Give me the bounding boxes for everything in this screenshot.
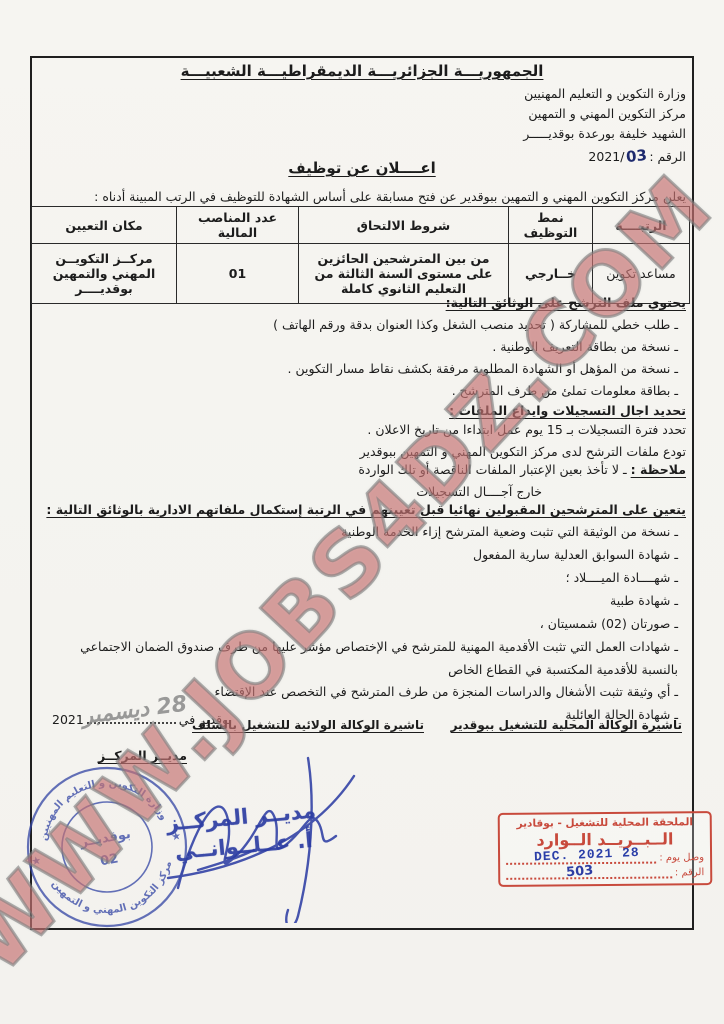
final-item: ـ نسخة من الوثيقة التي تثبت وضعية المترش… (341, 524, 678, 540)
local-agency-visa-label: تاشيرة الوكالة المحلية للتشغيل ببوقدير (451, 718, 682, 732)
received-number-row: الرقم : 503 (506, 867, 704, 880)
file-item: ـ طلب خطي للمشاركة ( تحديد منصب الشغل وك… (273, 317, 678, 333)
cell-location-line1: مركــز التكويــن (36, 251, 172, 266)
cell-positions: 01 (177, 244, 299, 304)
note-continuation: خارج آجــــال التسجيلات (416, 484, 542, 500)
received-date-row: وصل يوم : 28 DEC. 2021 (506, 852, 704, 865)
final-item: ـ صورتان (02) شمسيتان ، (540, 616, 678, 632)
deadline-section-heading: تحديد اجال التسجيلات وايداع الملفات : (449, 403, 686, 419)
file-section-heading: يحتوي ملف الترشح على الوثائق التالية: (446, 295, 686, 311)
round-stamp-center-city: بوقديــر (78, 827, 132, 851)
header-positions: عدد المناصب المالية (177, 207, 299, 244)
received-number-label: الرقم : (675, 867, 704, 878)
announcement-title: اعــــلان عن توظيف (32, 159, 692, 178)
received-date-label: وصل يوم : (659, 852, 704, 863)
received-number-handwritten: 503 (566, 863, 594, 880)
header-type: نمط التوظيف (509, 207, 593, 244)
republic-title: الجمهوريـــة الجزائريـــة الديمقراطيـــة… (32, 62, 692, 81)
deadline-line: تحدد فترة التسجيلات بـ 15 يوم عمل ابتداء… (367, 422, 686, 438)
cell-location-line2: المهني والتمهين بوقديــــر (36, 266, 172, 296)
received-stamp-office: الملحقة المحلية للتشغيل - بوقادير (506, 816, 704, 830)
deadline-line: تودع ملفات الترشح لدى مركز التكوين المهن… (360, 444, 686, 460)
shahid-line: الشهيد خليفة بورعدة بوقديـــــر (523, 126, 686, 142)
file-item: ـ نسخة من بطاقة التعريف الوطنية . (492, 339, 678, 355)
note-label: ملاحظة : (631, 462, 686, 478)
table-header-row: الرتبــــة نمط التوظيف شروط الالتحاق عدد… (32, 207, 690, 244)
final-item: ـ شهادات العمل التي تثبت الأقدمية المهني… (80, 639, 678, 655)
center-line: مركز التكوين المهني و التمهين (528, 106, 686, 122)
header-conditions: شروط الالتحاق (299, 207, 509, 244)
final-item: ـ شهــــادة الميــــلاد ؛ (566, 570, 678, 586)
recruitment-table: الرتبــــة نمط التوظيف شروط الالتحاق عدد… (31, 206, 690, 304)
star-icon: ★ (170, 829, 182, 844)
star-icon: ★ (30, 854, 42, 869)
final-item: ـ أي وثيقة تثبت الأشغال والدراسات المنجز… (215, 684, 678, 700)
final-item: ـ شهادة السوابق العدلية سارية المفعول (473, 547, 678, 563)
final-section-heading: يتعين على المترشحين المقبولين نهائيا قبل… (46, 502, 686, 518)
note-text: ـ لا تأخذ بعين الإعتبار الملفات الناقصة … (358, 462, 626, 478)
printed-year: 2021 (52, 712, 84, 728)
mail-received-stamp: الملحقة المحلية للتشغيل - بوقادير الــبـ… (498, 811, 713, 887)
official-round-stamp: وزارة التكوين و التعليم المهنيين مركز ال… (9, 749, 206, 946)
note-line: ملاحظة : ـ لا تأخذ بعين الإعتبار الملفات… (358, 462, 686, 478)
scanned-document-page: الجمهوريـــة الجزائريـــة الديمقراطيـــة… (0, 0, 724, 1024)
announcement-intro: يعلن مركز التكوين المهني و التمهين ببوقد… (94, 189, 686, 205)
header-location: مكان التعيين (32, 207, 177, 244)
round-stamp-center-number: 02 (99, 851, 119, 869)
ministry-line: وزارة التكوين و التعليم المهنيين (524, 86, 686, 102)
cell-location: مركــز التكويــن المهني والتمهين بوقديــ… (32, 244, 177, 304)
file-item: ـ نسخة من المؤهل أو الشهادة المطلوبة مرف… (288, 361, 678, 377)
header-rank: الرتبــــة (593, 207, 690, 244)
file-item: ـ بطاقة معلومات تملئ من طرف المترشح . (452, 383, 678, 399)
final-item-continuation: بالنسبة للأقدمية المكتسبة في القطاع الخا… (448, 662, 678, 678)
final-item: ـ شهادة طبية (610, 593, 678, 609)
